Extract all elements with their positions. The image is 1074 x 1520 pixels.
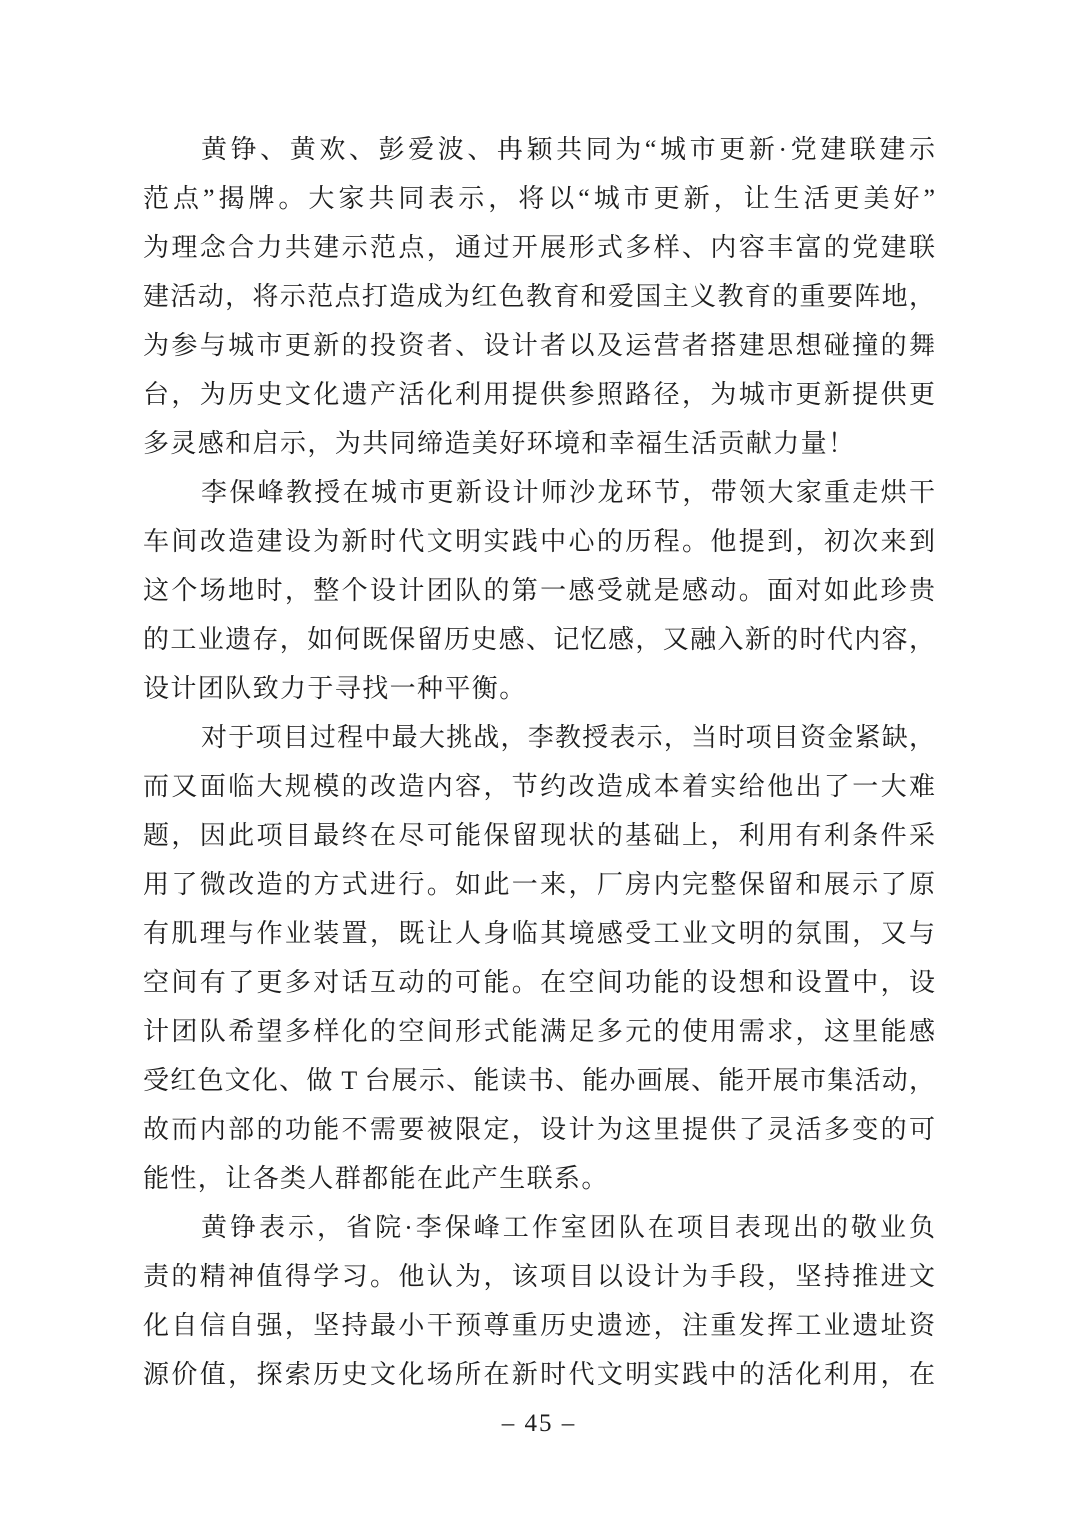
paragraph: 对于项目过程中最大挑战，李教授表示，当时项目资金紧缺，而又面临大规模的改造内容，… (143, 713, 935, 1203)
text-line: 的工业遗存，如何既保留历史感、记忆感，又融入新的时代内容， (143, 615, 935, 664)
text-line: 用了微改造的方式进行。如此一来，厂房内完整保留和展示了原 (143, 860, 935, 909)
text-line: 车间改造建设为新时代文明实践中心的历程。他提到，初次来到 (143, 517, 935, 566)
text-line: 这个场地时，整个设计团队的第一感受就是感动。面对如此珍贵 (143, 566, 935, 615)
text-line: 为参与城市更新的投资者、设计者以及运营者搭建思想碰撞的舞 (143, 321, 935, 370)
paragraph: 李保峰教授在城市更新设计师沙龙环节，带领大家重走烘干车间改造建设为新时代文明实践… (143, 468, 935, 713)
document-text-block: 黄铮、黄欢、彭爱波、冉颖共同为“城市更新·党建联建示范点”揭牌。大家共同表示，将… (143, 125, 935, 1448)
text-line: 计团队希望多样化的空间形式能满足多元的使用需求，这里能感 (143, 1007, 935, 1056)
text-line: 设计团队致力于寻找一种平衡。 (143, 664, 935, 713)
document-body: 黄铮、黄欢、彭爱波、冉颖共同为“城市更新·党建联建示范点”揭牌。大家共同表示，将… (143, 125, 935, 1399)
text-line: 题，因此项目最终在尽可能保留现状的基础上，利用有利条件采 (143, 811, 935, 860)
text-line: 黄铮表示，省院·李保峰工作室团队在项目表现出的敬业负 (143, 1203, 935, 1252)
text-line: 化自信自强，坚持最小干预尊重历史遗迹，注重发挥工业遗址资 (143, 1301, 935, 1350)
text-line: 台，为历史文化遗产活化利用提供参照路径，为城市更新提供更 (143, 370, 935, 419)
text-line: 有肌理与作业装置，既让人身临其境感受工业文明的氛围，又与 (143, 909, 935, 958)
text-line: 建活动，将示范点打造成为红色教育和爱国主义教育的重要阵地， (143, 272, 935, 321)
text-line: 受红色文化、做 T 台展示、能读书、能办画展、能开展市集活动， (143, 1056, 935, 1105)
text-line: 而又面临大规模的改造内容，节约改造成本着实给他出了一大难 (143, 762, 935, 811)
page-footer: – 45 – (143, 1399, 935, 1448)
text-line: 李保峰教授在城市更新设计师沙龙环节，带领大家重走烘干 (143, 468, 935, 517)
text-line: 多灵感和启示，为共同缔造美好环境和幸福生活贡献力量！ (143, 419, 935, 468)
text-line: 对于项目过程中最大挑战，李教授表示，当时项目资金紧缺， (143, 713, 935, 762)
text-line: 能性，让各类人群都能在此产生联系。 (143, 1154, 935, 1203)
text-line: 为理念合力共建示范点，通过开展形式多样、内容丰富的党建联 (143, 223, 935, 272)
paragraph: 黄铮、黄欢、彭爱波、冉颖共同为“城市更新·党建联建示范点”揭牌。大家共同表示，将… (143, 125, 935, 468)
text-line: 故而内部的功能不需要被限定，设计为这里提供了灵活多变的可 (143, 1105, 935, 1154)
text-line: 范点”揭牌。大家共同表示，将以“城市更新，让生活更美好” (143, 174, 935, 223)
page-number-label: – 45 – (502, 1410, 577, 1437)
document-page: 黄铮、黄欢、彭爱波、冉颖共同为“城市更新·党建联建示范点”揭牌。大家共同表示，将… (0, 0, 1074, 1520)
text-line: 黄铮、黄欢、彭爱波、冉颖共同为“城市更新·党建联建示 (143, 125, 935, 174)
paragraph: 黄铮表示，省院·李保峰工作室团队在项目表现出的敬业负责的精神值得学习。他认为，该… (143, 1203, 935, 1399)
text-line: 空间有了更多对话互动的可能。在空间功能的设想和设置中，设 (143, 958, 935, 1007)
text-line: 责的精神值得学习。他认为，该项目以设计为手段，坚持推进文 (143, 1252, 935, 1301)
text-line: 源价值，探索历史文化场所在新时代文明实践中的活化利用，在 (143, 1350, 935, 1399)
